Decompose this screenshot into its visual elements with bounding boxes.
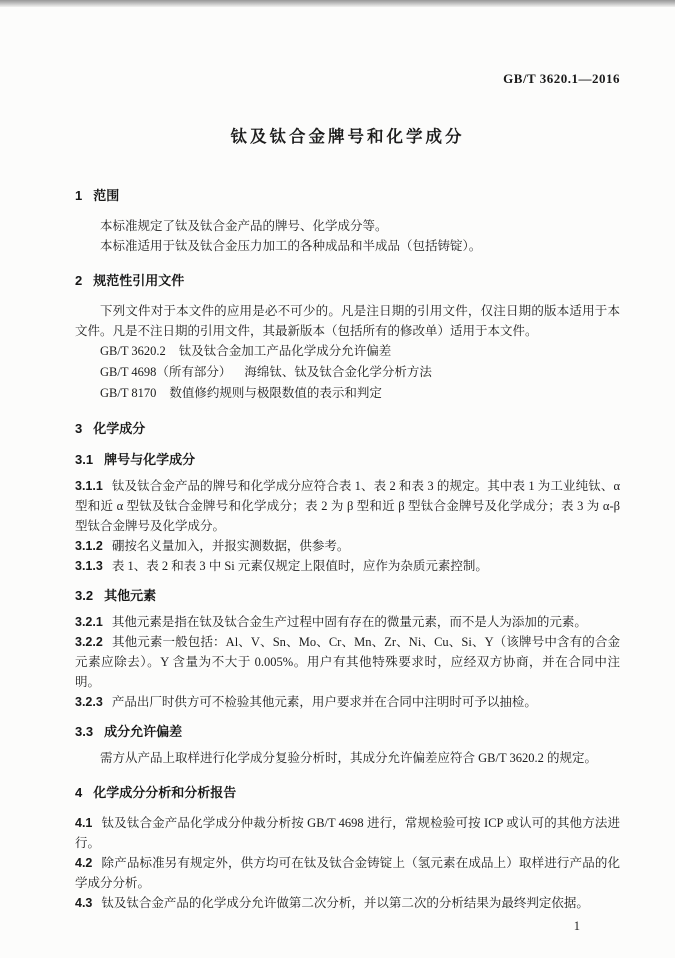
- reference-code: GB/T 4698（所有部分）: [100, 365, 231, 379]
- clause-text: 表 1、表 2 和表 3 中 Si 元素仅规定上限值时，应作为杂质元素控制。: [112, 559, 488, 573]
- clause-text: 钛及钛合金产品的化学成分允许做第二次分析，并以第二次的分析结果为最终判定依据。: [101, 896, 589, 910]
- section-3-heading: 3化学成分: [75, 418, 620, 437]
- clause-text: 钛及钛合金产品化学成分仲裁分析按 GB/T 4698 进行，常规检验可按 ICP…: [75, 816, 620, 850]
- clause-3-2-2: 3.2.2其他元素一般包括：Al、V、Sn、Mo、Cr、Mn、Zr、Ni、Cu、…: [75, 632, 620, 692]
- section-number: 3.1: [75, 452, 93, 467]
- scan-top-edge: [0, 0, 675, 7]
- paragraph: 下列文件对于本文件的应用是必不可少的。凡是注日期的引用文件，仅注日期的版本适用于…: [75, 301, 620, 341]
- section-3-3-heading: 3.3成分允许偏差: [75, 721, 620, 740]
- section-4-heading: 4化学成分分析和分析报告: [75, 782, 620, 801]
- section-3-1-heading: 3.1牌号与化学成分: [75, 449, 620, 468]
- clause-number: 4.3: [75, 896, 92, 910]
- clause-number: 3.1.2: [75, 539, 103, 553]
- section-title: 范围: [93, 188, 119, 203]
- section-number: 3.2: [75, 588, 93, 603]
- section-3-2-heading: 3.2其他元素: [75, 585, 620, 604]
- clause-3-1-1: 3.1.1钛及钛合金产品的牌号和化学成分应符合表 1、表 2 和表 3 的规定。…: [75, 476, 620, 536]
- clause-text: 产品出厂时供方可不检验其他元素，用户要求并在合同中注明时可予以抽检。: [112, 695, 537, 709]
- section-title: 化学成分: [93, 421, 145, 436]
- clause-text: 钛及钛合金产品的牌号和化学成分应符合表 1、表 2 和表 3 的规定。其中表 1…: [75, 479, 620, 533]
- section-title: 规范性引用文件: [93, 273, 184, 288]
- paragraph: 本标准适用于钛及钛合金压力加工的各种成品和半成品（包括铸锭）。: [75, 236, 620, 256]
- section-title: 成分允许偏差: [104, 724, 182, 739]
- clause-text: 其他元素一般包括：Al、V、Sn、Mo、Cr、Mn、Zr、Ni、Cu、Si、Y（…: [75, 635, 620, 689]
- section-number: 4: [75, 785, 82, 800]
- paragraph: 需方从产品上取样进行化学成分复验分析时，其成分允许偏差应符合 GB/T 3620…: [75, 748, 620, 768]
- clause-4-3: 4.3钛及钛合金产品的化学成分允许做第二次分析，并以第二次的分析结果为最终判定依…: [75, 893, 620, 913]
- clause-text: 硼按名义量加入，并报实测数据，供参考。: [112, 539, 350, 553]
- clause-3-2-1: 3.2.1其他元素是指在钛及钛合金生产过程中固有存在的微量元素，而不是人为添加的…: [75, 612, 620, 632]
- section-1-heading: 1范围: [75, 185, 620, 204]
- clause-number: 3.2.1: [75, 615, 103, 629]
- reference-name: 数值修约规则与极限数值的表示和判定: [169, 386, 382, 400]
- clause-4-1: 4.1钛及钛合金产品化学成分仲裁分析按 GB/T 4698 进行，常规检验可按 …: [75, 813, 620, 853]
- section-number: 3: [75, 421, 82, 436]
- clause-number: 3.1.3: [75, 559, 103, 573]
- clause-number: 3.1.1: [75, 479, 103, 493]
- page-number: 1: [75, 919, 620, 934]
- clause-3-1-2: 3.1.2硼按名义量加入，并报实测数据，供参考。: [75, 536, 620, 556]
- section-title: 其他元素: [104, 588, 156, 603]
- clause-4-2: 4.2除产品标准另有规定外，供方均可在钛及钛合金铸锭上（氢元素在成品上）取样进行…: [75, 853, 620, 893]
- reference-name: 钛及钛合金加工产品化学成分允许偏差: [179, 344, 392, 358]
- reference-name: 海绵钛、钛及钛合金化学分析方法: [244, 365, 432, 379]
- reference-item: GB/T 3620.2钛及钛合金加工产品化学成分允许偏差: [75, 341, 620, 362]
- reference-item: GB/T 8170数值修约规则与极限数值的表示和判定: [75, 383, 620, 404]
- clause-3-1-3: 3.1.3表 1、表 2 和表 3 中 Si 元素仅规定上限值时，应作为杂质元素…: [75, 556, 620, 576]
- section-number: 2: [75, 273, 82, 288]
- clause-number: 4.2: [75, 856, 92, 870]
- reference-item: GB/T 4698（所有部分）海绵钛、钛及钛合金化学分析方法: [75, 362, 620, 383]
- doc-number: GB/T 3620.1—2016: [75, 71, 620, 87]
- document-page: GB/T 3620.1—2016 钛及钛合金牌号和化学成分 1范围 本标准规定了…: [0, 0, 675, 934]
- clause-number: 3.2.2: [75, 635, 103, 649]
- page-content: GB/T 3620.1—2016 钛及钛合金牌号和化学成分 1范围 本标准规定了…: [0, 71, 675, 934]
- paragraph: 本标准规定了钛及钛合金产品的牌号、化学成分等。: [75, 216, 620, 236]
- clause-3-2-3: 3.2.3产品出厂时供方可不检验其他元素，用户要求并在合同中注明时可予以抽检。: [75, 692, 620, 712]
- clause-number: 3.2.3: [75, 695, 103, 709]
- clause-number: 4.1: [75, 816, 92, 830]
- reference-code: GB/T 8170: [100, 386, 156, 400]
- section-2-heading: 2规范性引用文件: [75, 270, 620, 289]
- reference-code: GB/T 3620.2: [100, 344, 166, 358]
- clause-text: 除产品标准另有规定外，供方均可在钛及钛合金铸锭上（氢元素在成品上）取样进行产品的…: [75, 856, 620, 890]
- clause-text: 其他元素是指在钛及钛合金生产过程中固有存在的微量元素，而不是人为添加的元素。: [112, 615, 587, 629]
- section-number: 3.3: [75, 724, 93, 739]
- section-title: 化学成分分析和分析报告: [93, 785, 236, 800]
- doc-title: 钛及钛合金牌号和化学成分: [75, 123, 620, 147]
- section-title: 牌号与化学成分: [104, 452, 195, 467]
- section-number: 1: [75, 188, 82, 203]
